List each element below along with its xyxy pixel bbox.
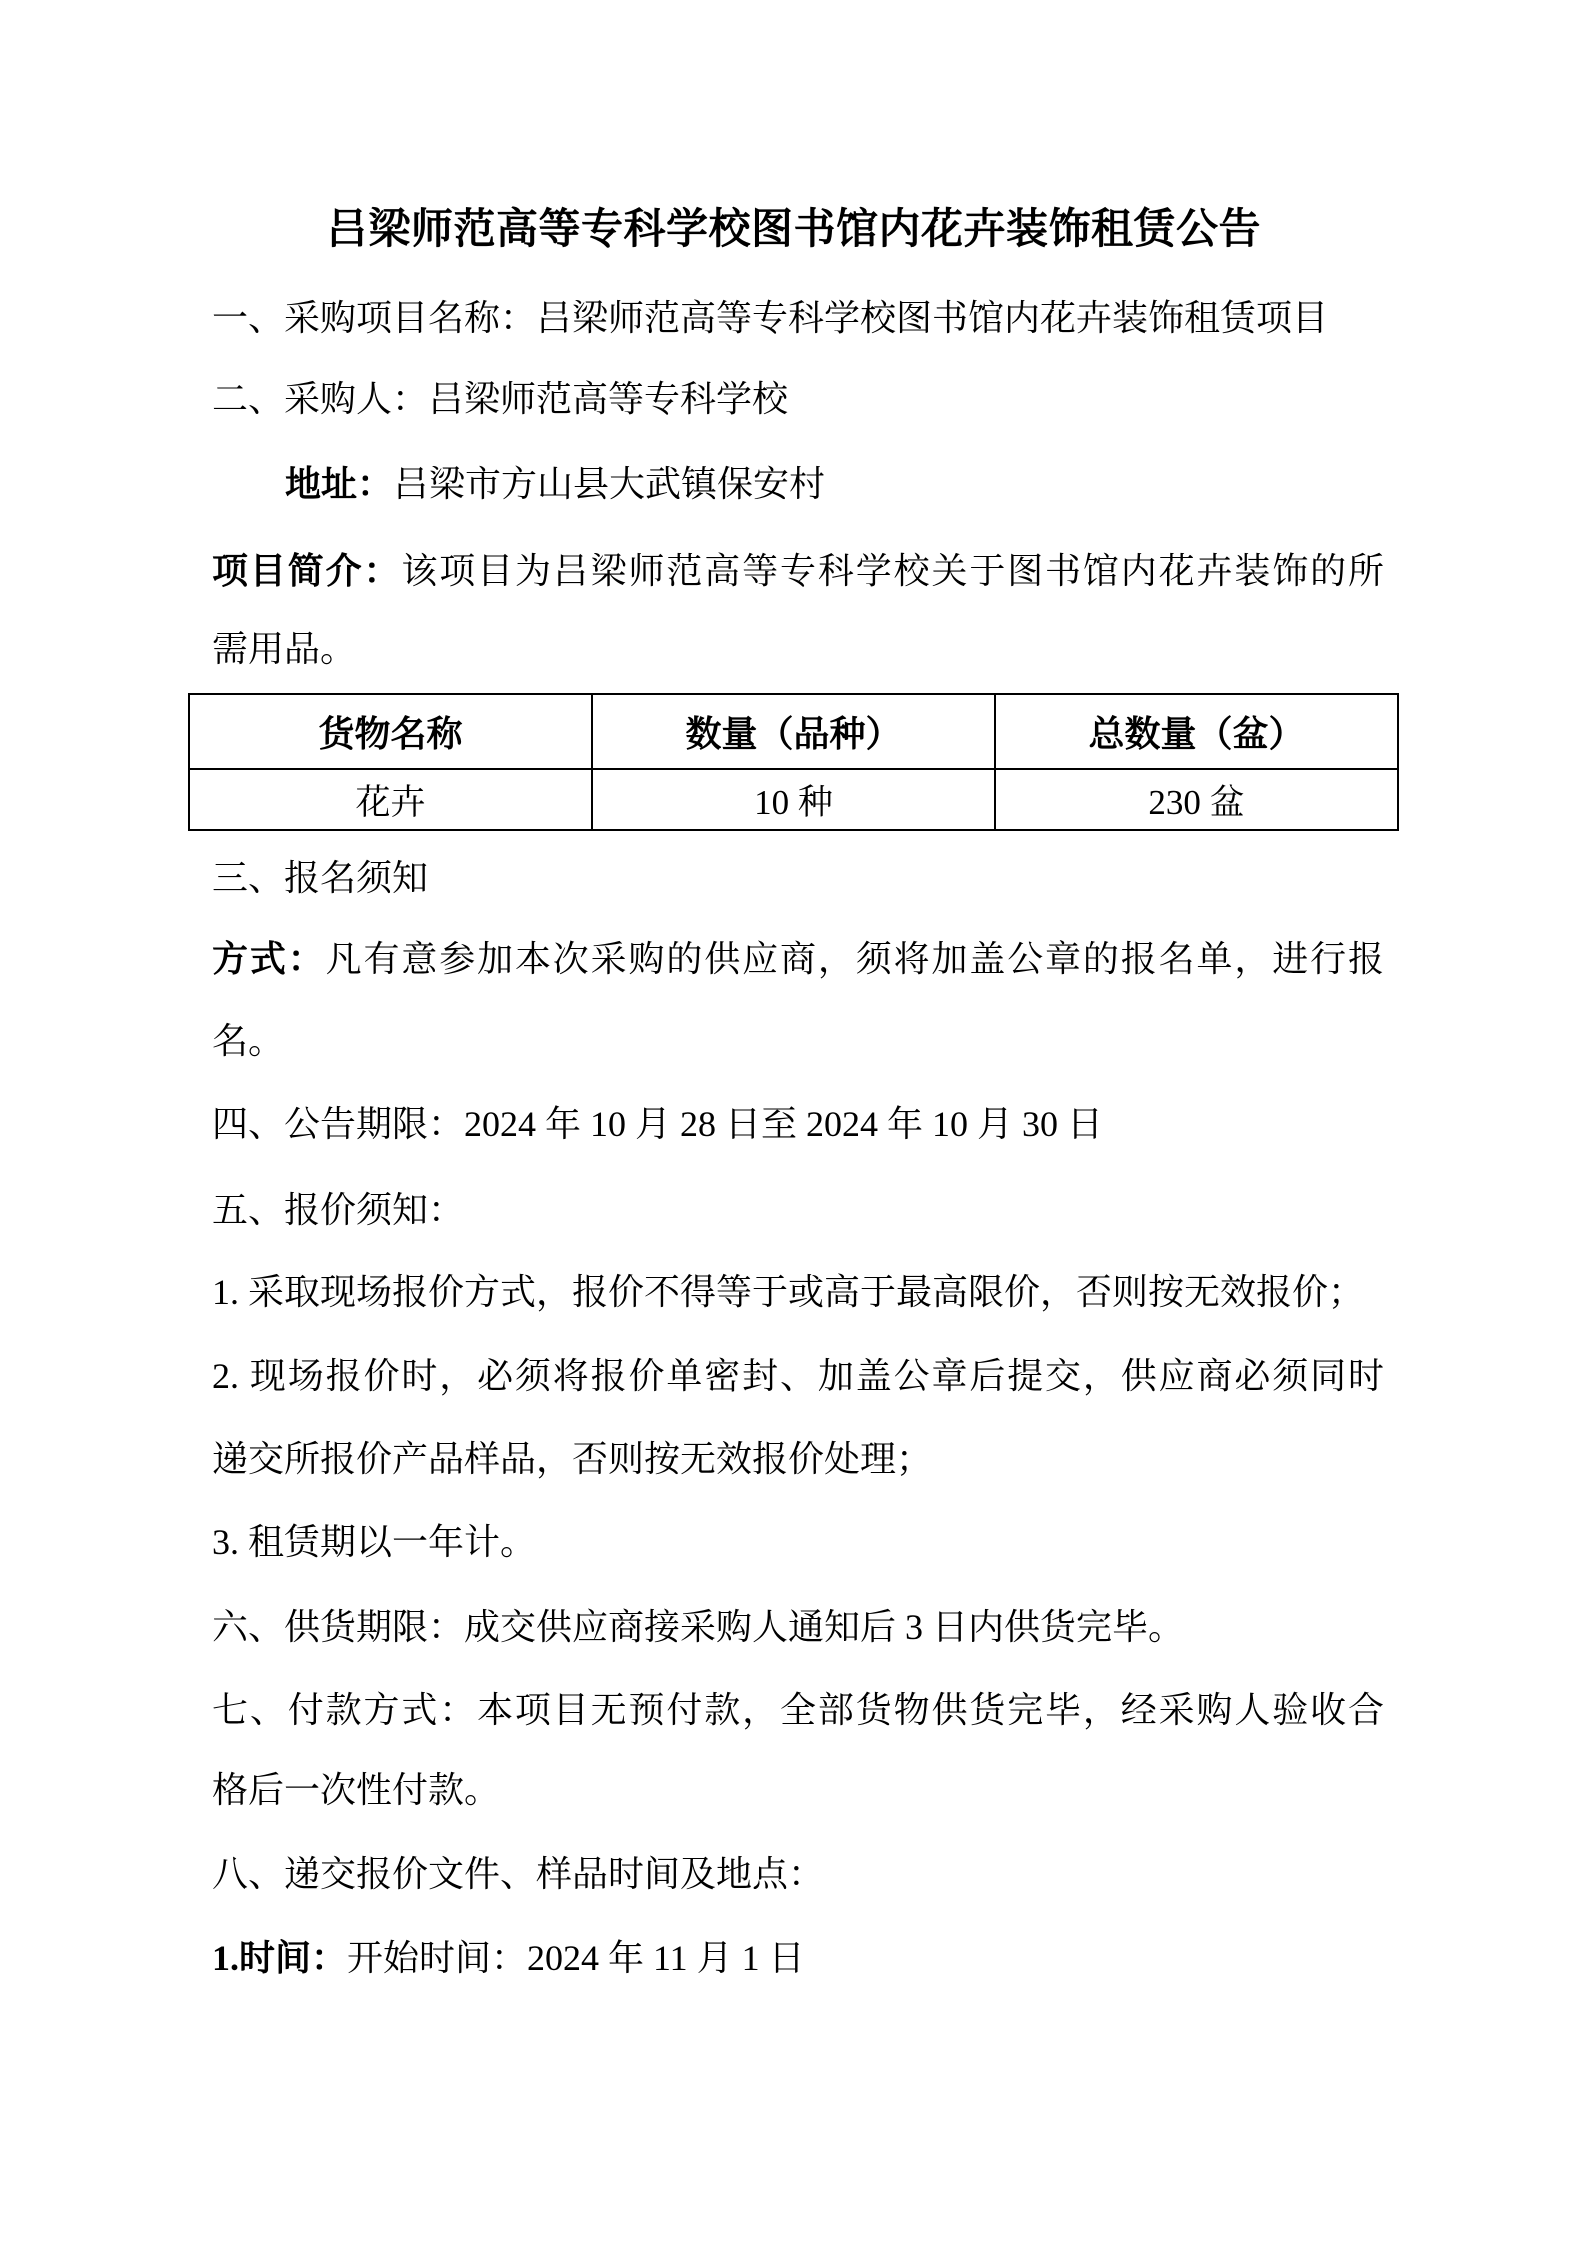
para-project-intro-line2: 需用品。 <box>212 626 1384 672</box>
document-page: 吕梁师范高等专科学校图书馆内花卉装饰租赁公告 一、采购项目名称：吕梁师范高等专科… <box>0 0 1587 2245</box>
goods-table-cell-total: 230 盆 <box>995 769 1398 830</box>
project-intro-text: 该项目为吕梁师范高等专科学校关于图书馆内花卉装饰的所 <box>401 551 1384 591</box>
address-label: 地址： <box>285 464 393 504</box>
para-project-intro-line1: 项目简介：该项目为吕梁师范高等专科学校关于图书馆内花卉装饰的所 <box>212 548 1384 594</box>
goods-table-header-row: 货物名称 数量（品种） 总数量（盆） <box>189 694 1398 769</box>
para-quotation-item-1: 1. 采取现场报价方式，报价不得等于或高于最高限价，否则按无效报价； <box>212 1269 1384 1315</box>
goods-table-header-total: 总数量（盆） <box>995 694 1398 769</box>
para-section4-announcement-period: 四、公告期限：2024 年 10 月 28 日至 2024 年 10 月 30 … <box>212 1101 1384 1147</box>
para-section3-registration: 三、报名须知 <box>212 855 1384 901</box>
goods-table-cell-quantity: 10 种 <box>592 769 995 830</box>
document-title: 吕梁师范高等专科学校图书馆内花卉装饰租赁公告 <box>0 204 1587 256</box>
para-section7-payment-line1: 七、付款方式：本项目无预付款，全部货物供货完毕，经采购人验收合 <box>212 1687 1384 1733</box>
goods-table-cell-name: 花卉 <box>189 769 592 830</box>
para-quotation-item-2-line2: 递交所报价产品样品，否则按无效报价处理； <box>212 1436 1384 1482</box>
para-section7-payment-line2: 格后一次性付款。 <box>212 1767 1384 1813</box>
goods-table-data-row: 花卉 10 种 230 盆 <box>189 769 1398 830</box>
goods-table-header-quantity: 数量（品种） <box>592 694 995 769</box>
para-section6-delivery-period: 六、供货期限：成交供应商接采购人通知后 3 日内供货完毕。 <box>212 1604 1384 1650</box>
para-submission-time: 1.时间：开始时间：2024 年 11 月 1 日 <box>212 1935 1384 1981</box>
method-text: 凡有意参加本次采购的供应商，须将加盖公章的报名单，进行报 <box>326 939 1384 979</box>
para-registration-method-line2: 名。 <box>212 1018 1384 1064</box>
address-text: 吕梁市方山县大武镇保安村 <box>393 464 825 504</box>
para-section2-purchaser: 二、采购人：吕梁师范高等专科学校 <box>212 376 1384 422</box>
para-section8-submission: 八、递交报价文件、样品时间及地点： <box>212 1851 1384 1897</box>
para-purchaser-address: 地址：吕梁市方山县大武镇保安村 <box>285 461 1457 507</box>
method-label: 方式： <box>212 939 326 979</box>
submission-time-text: 开始时间：2024 年 11 月 1 日 <box>347 1938 805 1978</box>
project-intro-label: 项目简介： <box>212 551 401 591</box>
para-section5-quotation-notes: 五、报价须知： <box>212 1187 1384 1233</box>
goods-table: 货物名称 数量（品种） 总数量（盆） 花卉 10 种 230 盆 <box>188 693 1399 831</box>
submission-time-label: 1.时间： <box>212 1938 347 1978</box>
para-quotation-item-3: 3. 租赁期以一年计。 <box>212 1519 1384 1565</box>
para-registration-method-line1: 方式：凡有意参加本次采购的供应商，须将加盖公章的报名单，进行报 <box>212 936 1384 982</box>
para-quotation-item-2-line1: 2. 现场报价时，必须将报价单密封、加盖公章后提交，供应商必须同时 <box>212 1353 1384 1399</box>
para-section1-project-name: 一、采购项目名称：吕梁师范高等专科学校图书馆内花卉装饰租赁项目 <box>212 295 1384 341</box>
goods-table-header-name: 货物名称 <box>189 694 592 769</box>
